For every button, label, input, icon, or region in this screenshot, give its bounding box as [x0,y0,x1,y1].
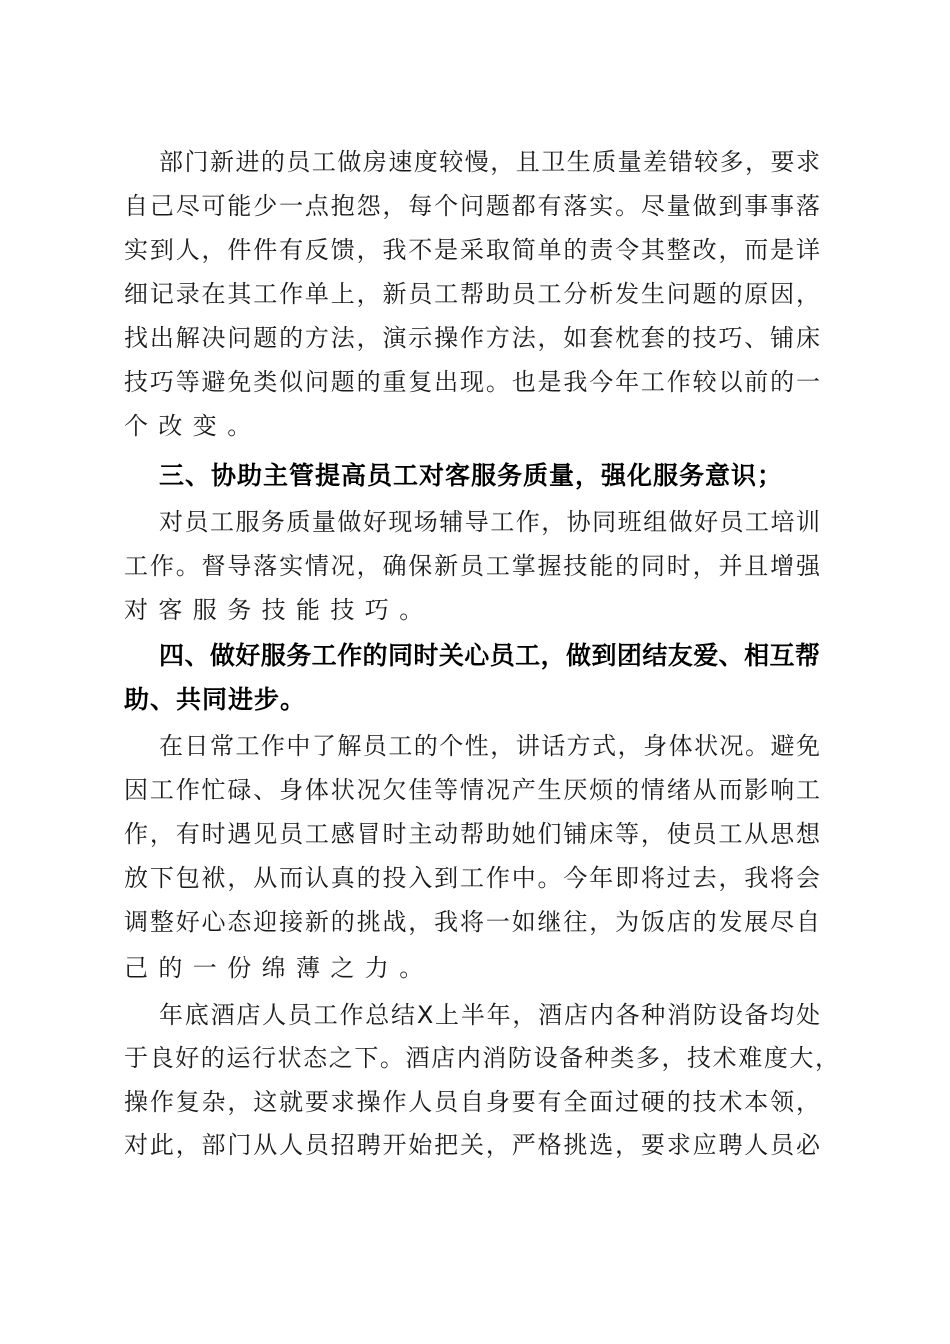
section-heading-3: 三、协助主管提高员工对客服务质量，强化服务意识； [159,461,820,491]
section-heading-4-cont: 助、共同进步。 [124,685,820,715]
body-text-line: 己的一份绵薄之力。 [124,953,820,983]
body-text-line: 对此，部门从人员招聘开始把关，严格挑选，要求应聘人员必 [124,1130,820,1160]
body-text-line: 自己尽可能少一点抱怨，每个问题都有落实。尽量做到事事落 [124,191,820,221]
section-heading-4: 四、做好服务工作的同时关心员工，做到团结友爱、相互帮 [159,641,820,671]
body-text-line: 部门新进的员工做房速度较慢，且卫生质量差错较多，要求 [159,147,820,177]
body-text-line: 个改变。 [124,411,820,441]
body-text-line: 实到人，件件有反馈，我不是采取简单的责令其整改，而是详 [124,235,820,265]
body-text-line: 对员工服务质量做好现场辅导工作，协同班组做好员工培训 [159,507,820,537]
body-text-line: 在日常工作中了解员工的个性，讲话方式，身体状况。避免 [159,731,820,761]
body-text-line: 作，有时遇见员工感冒时主动帮助她们铺床等，使员工从思想 [124,819,820,849]
document-page: 部门新进的员工做房速度较慢，且卫生质量差错较多，要求 自己尽可能少一点抱怨，每个… [0,0,950,1344]
body-text-line: 放下包袱，从而认真的投入到工作中。今年即将过去，我将会 [124,863,820,893]
body-text-line: 调整好心态迎接新的挑战，我将一如继往，为饭店的发展尽自 [124,907,820,937]
body-text-line: 技巧等避免类似问题的重复出现。也是我今年工作较以前的一 [124,367,820,397]
body-text-line: 对客服务技能技巧。 [124,595,820,625]
body-text-line: 工作。督导落实情况，确保新员工掌握技能的同时，并且增强 [124,551,820,581]
body-text-line: 找出解决问题的方法，演示操作方法，如套枕套的技巧、铺床 [124,323,820,353]
body-text-line: 因工作忙碌、身体状况欠佳等情况产生厌烦的情绪从而影响工 [124,775,820,805]
body-text-line: 操作复杂，这就要求操作人员自身要有全面过硬的技术本领， [124,1087,820,1117]
body-text-line: 年底酒店人员工作总结X上半年，酒店内各种消防设备均处 [159,1000,820,1030]
body-text-line: 于良好的运行状态之下。酒店内消防设备种类多，技术难度大， [124,1043,839,1073]
body-text-line: 细记录在其工作单上，新员工帮助员工分析发生问题的原因， [124,279,820,309]
